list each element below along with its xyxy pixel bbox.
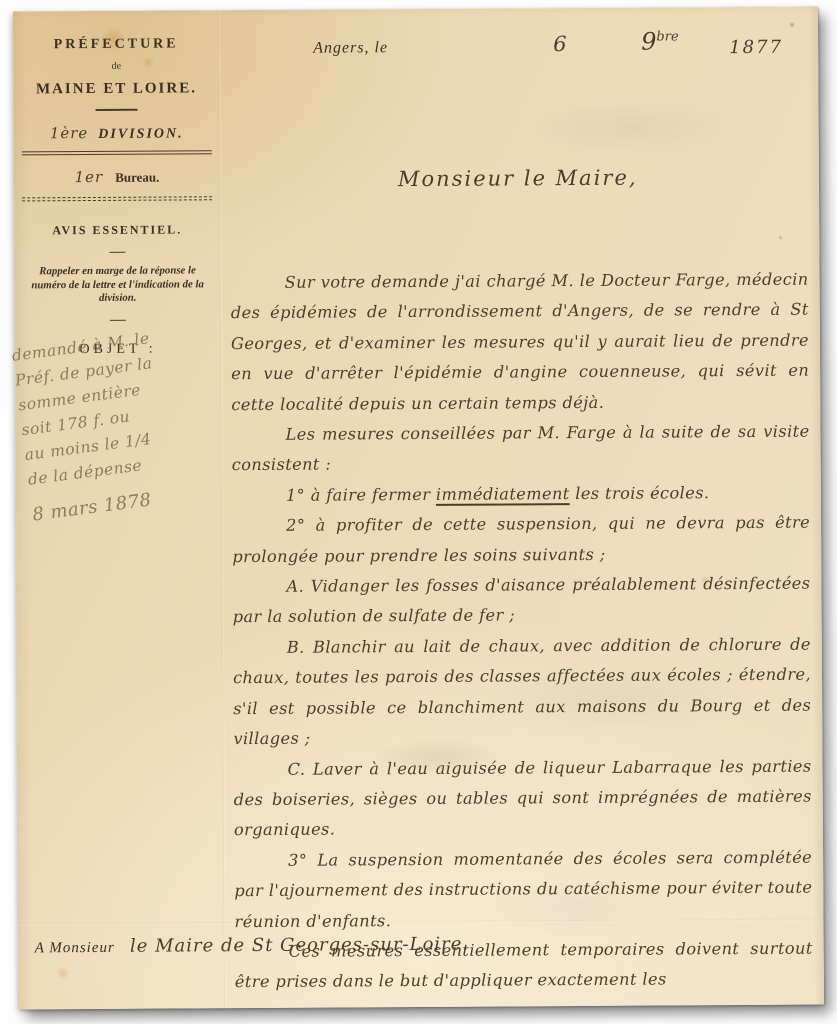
dateline: Angers, le 6 9bre 1877 <box>13 31 818 70</box>
paragraph-3-pre: 1° à faire fermer <box>286 485 436 505</box>
paragraph-2: Les mesures conseillées par M. Farge à l… <box>231 417 809 481</box>
division-label: DIVISION. <box>98 126 183 142</box>
bureau-number: 1er <box>75 168 104 186</box>
pencil-margin-note: demandé à M. le Préf. de payer la somme … <box>10 319 227 527</box>
letter-sheet: PRÉFECTURE de MAINE ET LOIRE. 1èreDIVISI… <box>13 7 824 1010</box>
paragraph-3: 1° à faire fermer immédiatement les troi… <box>232 477 810 511</box>
paragraph-8: 3° La suspension momentanée des écoles s… <box>234 842 813 937</box>
address-footer: A Monsieur le Maire de St Georges-sur-Lo… <box>35 934 470 958</box>
paragraph-3-post: les trois écoles. <box>570 483 710 503</box>
paragraph-3-underlined: immédiatement <box>436 484 570 504</box>
division-line: 1èreDIVISION. <box>22 123 212 143</box>
footer-printed-label: A Monsieur <box>35 940 115 956</box>
letter-body: Sur votre demande j'ai chargé M. le Doct… <box>231 265 813 998</box>
dateline-month: 9bre <box>641 27 679 55</box>
dateline-day: 6 <box>553 32 567 56</box>
rule-under-department <box>96 109 138 111</box>
footer-handwritten-address: le Maire de St Georges-sur-Loire. <box>130 934 469 957</box>
bureau-label: Bureau. <box>115 170 159 185</box>
rule-under-division <box>22 150 212 155</box>
dateline-place: Angers, le <box>313 39 388 57</box>
paragraph-6: B. Blanchir au lait de chaux, avec addit… <box>233 629 812 754</box>
avis-essentiel: AVIS ESSENTIEL. <box>22 222 212 238</box>
division-number: 1ère <box>50 124 89 142</box>
bureau-line: 1erBureau. <box>22 167 212 187</box>
letterhead: PRÉFECTURE de MAINE ET LOIRE. 1èreDIVISI… <box>21 36 213 358</box>
paragraph-4: 2° à profiter de cette suspension, qui n… <box>232 508 810 572</box>
rule-under-bureau <box>22 196 212 201</box>
dash-divider-1 <box>109 252 125 253</box>
paragraph-5: A. Vidanger les fosses d'aisance préalab… <box>232 569 810 633</box>
dateline-month-number: 9 <box>641 28 656 56</box>
letterhead-department: MAINE ET LOIRE. <box>21 80 211 98</box>
paragraph-1: Sur votre demande j'ai chargé M. le Doct… <box>231 265 810 421</box>
dateline-month-suffix: bre <box>656 29 678 44</box>
salutation: Monsieur le Maire, <box>398 166 638 191</box>
margin-instruction: Rappeler en marge de la réponse le numér… <box>27 264 209 306</box>
paragraph-7: C. Laver à l'eau aiguisée de liqueur Lab… <box>234 751 813 846</box>
dateline-year: 1877 <box>729 37 783 58</box>
dash-divider-2 <box>110 319 126 320</box>
vertical-crease <box>218 10 227 1008</box>
